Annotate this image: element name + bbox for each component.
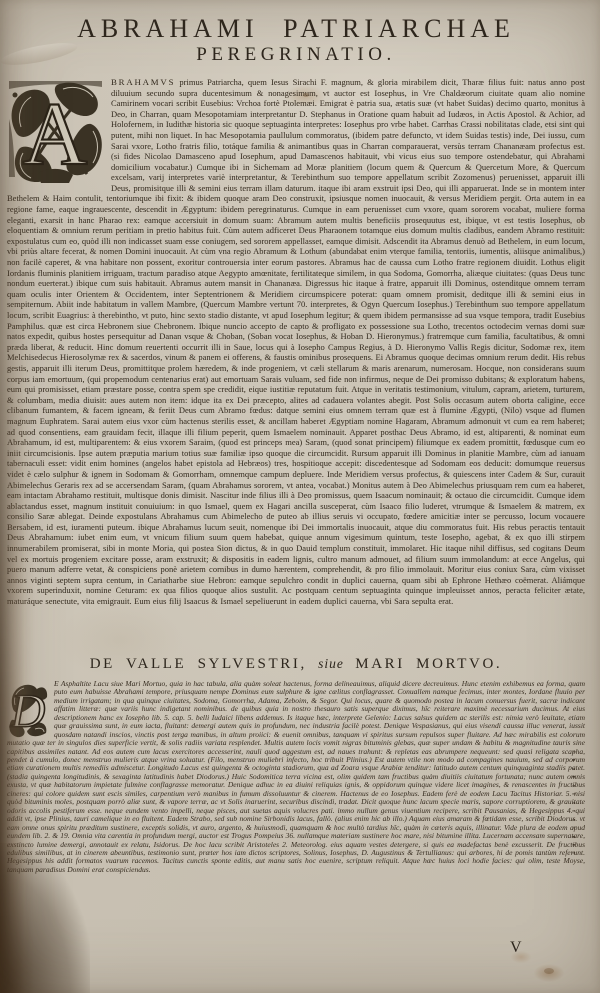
page-subtitle: PEREGRINATIO. [7,44,585,66]
section2-heading-pre: DE VALLE SYLVESTRI, [90,656,307,672]
section2-heading: DE VALLE SYLVESTRI, siue MARI MORTVO. [7,655,585,673]
book-page-photo: ABRAHAMI PATRIARCHAE PEREGRINATIO. [0,0,600,993]
opening-word-smallcaps: BRAHAMVS [111,77,175,87]
section2-body-text: Asphaltite Lacu siue Mari Mortuo, quia i… [7,679,585,874]
section2-heading-sive: siue [318,656,344,671]
ink-stain [303,93,309,97]
page-content: ABRAHAMI PATRIARCHAE PEREGRINATIO. [7,14,585,920]
ink-stain [544,968,554,974]
bottom-left-page-edge [0,843,90,993]
signature-mark: V [510,939,523,957]
section2-heading-post: MARI MORTVO. [355,656,502,672]
page-title: ABRAHAMI PATRIARCHAE [7,14,585,43]
section-mari-mortuo-text: D E Asphaltite Lacu siue Mari Mortuo, qu… [7,680,585,920]
margin-quotation-marks: „ „ „ „ „ „ „ „ „ „ „ „ „ [572,746,592,856]
section-abrahami-text: A BRAHAMVS primus Patriarcha, quem Iesus… [7,77,585,651]
